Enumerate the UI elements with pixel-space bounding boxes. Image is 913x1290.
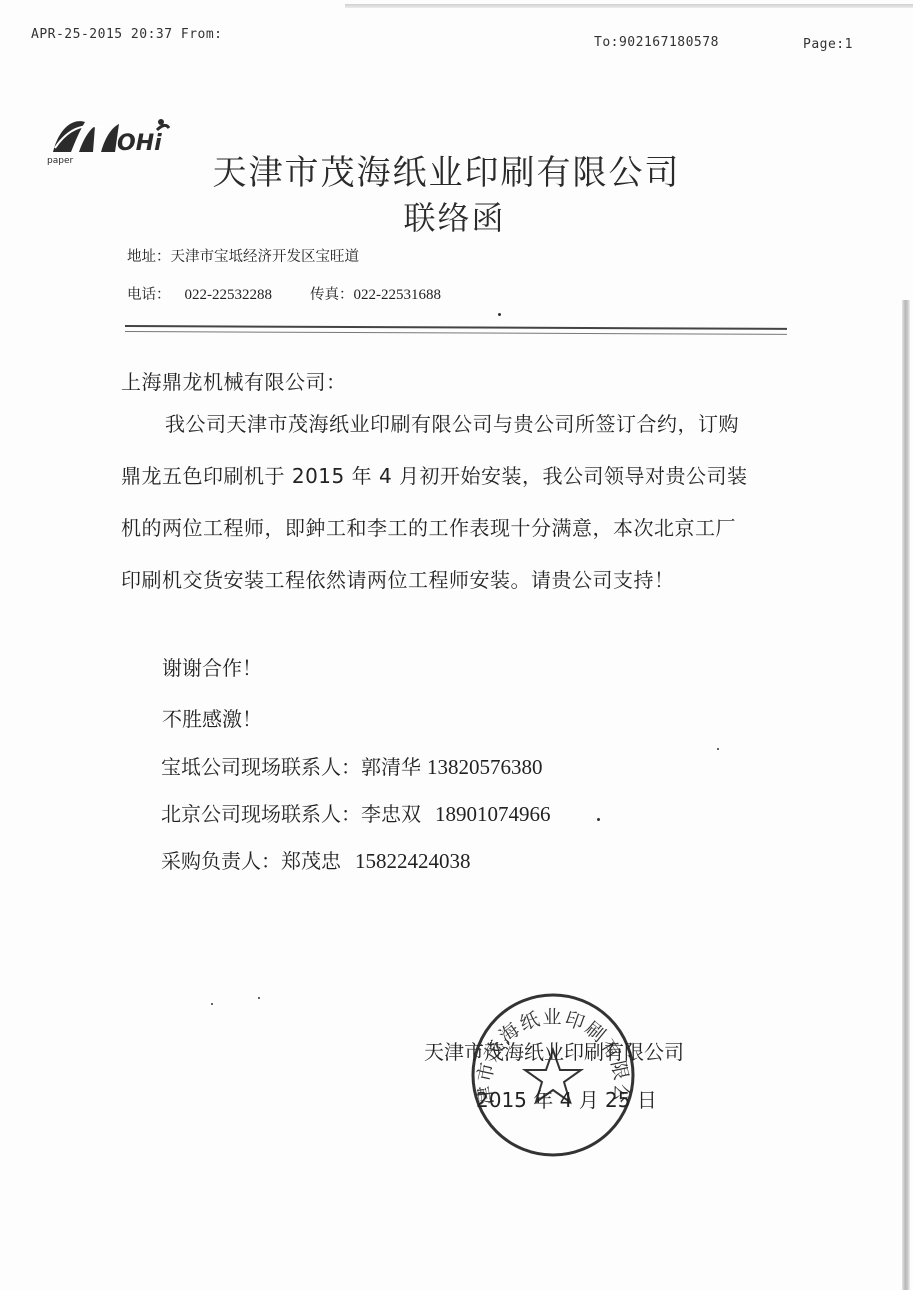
- salutation: 上海鼎龙机械有限公司：: [121, 366, 801, 395]
- contact-purchasing: 采购负责人：郑茂忠15822424038: [161, 845, 471, 874]
- closing-thanks: 谢谢合作！: [162, 652, 262, 681]
- contact-beijing: 北京公司现场联系人：李忠双18901074966: [161, 798, 551, 827]
- fax-value: 022-22531688: [354, 287, 442, 304]
- scan-speck: [597, 818, 600, 821]
- body-line: 我公司天津市茂海纸业印刷有限公司与贵公司所签订合约，订购: [121, 412, 801, 464]
- company-title: 天津市茂海纸业印刷有限公司: [0, 145, 903, 194]
- phone-value: 022-22532288: [185, 287, 273, 304]
- contact-role: 北京公司现场联系人：: [161, 802, 361, 826]
- document-type-title: 联络函: [0, 193, 911, 239]
- contact-name: 郑茂忠: [281, 849, 341, 873]
- contact-phone: 15822424038: [355, 849, 471, 873]
- signature-date: 2015 年 4 月 25 日: [476, 1084, 657, 1113]
- fax-from: APR-25-2015 20:37 From:: [31, 27, 223, 42]
- signature-company: 天津市茂海纸业印刷有限公司: [424, 1036, 684, 1065]
- contact-name: 郭清华: [361, 755, 421, 779]
- body-line: 印刷机交货安装工程依然请两位工程师安装。请贵公司支持！: [121, 568, 801, 620]
- scan-speck: [498, 313, 501, 316]
- scan-speck: [258, 997, 260, 999]
- scan-speck: [717, 748, 719, 750]
- contact-baodi: 宝坻公司现场联系人：郭清华13820576380: [161, 751, 543, 780]
- contact-name: 李忠双: [361, 802, 421, 826]
- address-label: 地址：: [127, 245, 171, 266]
- fax-to: To:902167180578: [594, 35, 719, 50]
- closing-gratitude: 不胜感激！: [162, 703, 262, 732]
- body-line: 鼎龙五色印刷机于 2015 年 4 月初开始安装，我公司领导对贵公司装: [121, 464, 801, 516]
- contact-phone: 13820576380: [427, 755, 543, 779]
- fax-page: Page:1: [803, 37, 853, 52]
- letter-body: 我公司天津市茂海纸业印刷有限公司与贵公司所签订合约，订购 鼎龙五色印刷机于 20…: [121, 412, 801, 620]
- letterhead-divider: [125, 325, 787, 335]
- body-line: 机的两位工程师，即鈡工和李工的工作表现十分满意，本次北京工厂: [121, 516, 801, 568]
- fax-header: APR-25-2015 20:37 From: To:902167180578 …: [0, 27, 913, 51]
- address-line: 地址：天津市宝坻经济开发区宝旺道: [127, 245, 359, 266]
- contact-role: 采购负责人：: [161, 849, 281, 873]
- contact-phone: 18901074966: [435, 802, 551, 826]
- company-seal-icon: 天津市茂海纸业印刷有限公司: [468, 990, 638, 1160]
- contact-role: 宝坻公司现场联系人：: [161, 755, 361, 779]
- scan-speck: [211, 1003, 213, 1005]
- fax-label: 传真：: [310, 283, 354, 304]
- phone-label: 电话：: [127, 283, 171, 304]
- address-value: 天津市宝坻经济开发区宝旺道: [171, 249, 360, 265]
- scan-edge-right: [902, 300, 910, 1290]
- scan-edge-top: [345, 4, 913, 8]
- phone-fax-line: 电话：022-22532288传真：022-22531688: [127, 283, 441, 304]
